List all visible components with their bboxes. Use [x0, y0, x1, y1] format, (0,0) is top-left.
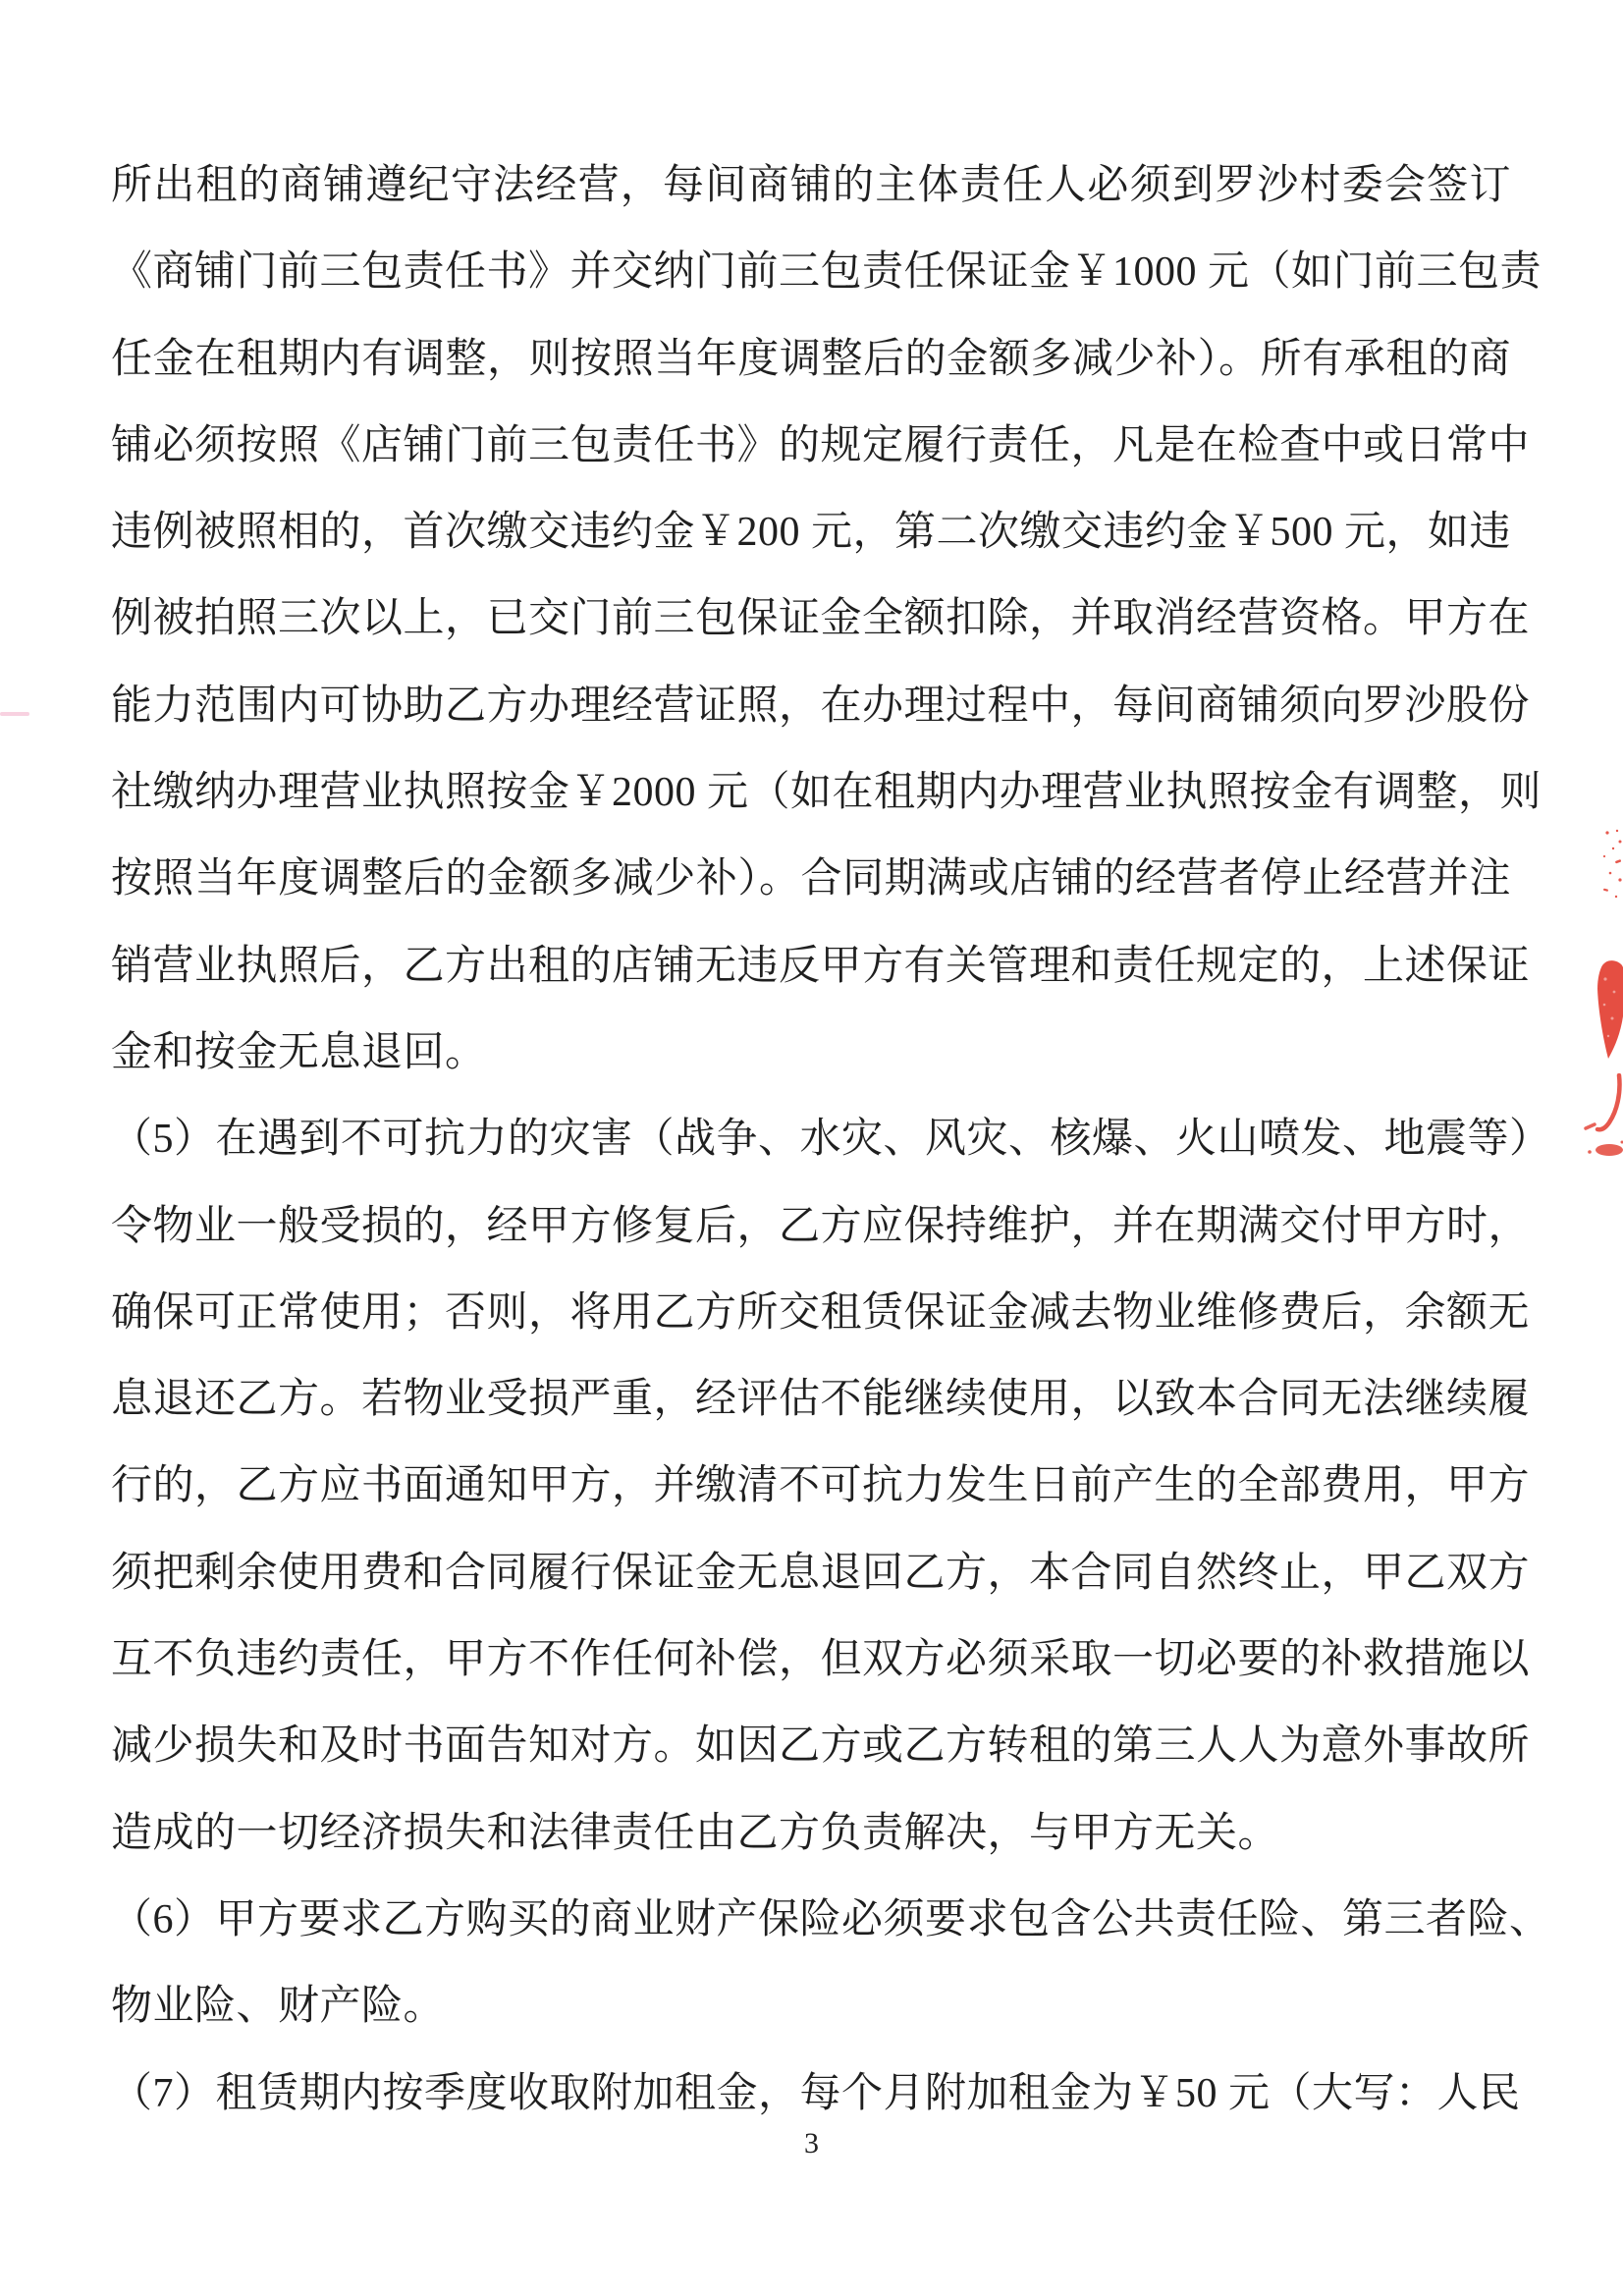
- page-number: 3: [0, 2127, 1623, 2160]
- contract-text-line: 能力范围内可协助乙方办理经营证照，在办理过程中，每间商铺须向罗沙股份: [111, 663, 1511, 749]
- contract-text-line: 所出租的商铺遵纪守法经营，每间商铺的主体责任人必须到罗沙村委会签订: [111, 142, 1511, 229]
- contract-body: 所出租的商铺遵纪守法经营，每间商铺的主体责任人必须到罗沙村委会签订 《商铺门前三…: [111, 142, 1511, 2137]
- contract-text-line: 任金在租期内有调整，则按照当年度调整后的金额多减少补）。所有承租的商: [111, 316, 1511, 403]
- contract-text-line: 例被拍照三次以上，已交门前三包保证金全额扣除，并取消经营资格。甲方在: [111, 575, 1511, 662]
- contract-text-line: 按照当年度调整后的金额多减少补）。合同期满或店铺的经营者停止经营并注: [111, 836, 1511, 922]
- contract-text-line: 减少损失和及时书面告知对方。如因乙方或乙方转租的第三人人为意外事故所: [111, 1703, 1511, 1789]
- contract-text-line: （6）甲方要求乙方购买的商业财产保险必须要求包含公共责任险、第三者险、: [111, 1877, 1511, 1963]
- seal-fragment-blob: [1596, 957, 1623, 1061]
- contract-text-line: 铺必须按照《店铺门前三包责任书》的规定履行责任，凡是在检查中或日常中: [111, 403, 1511, 489]
- contract-text-line: （5）在遇到不可抗力的灾害（战争、水灾、风灾、核爆、火山喷发、地震等）: [111, 1096, 1511, 1182]
- contract-text-line: 息退还乙方。若物业受损严重，经评估不能继续使用，以致本合同无法继续履: [111, 1356, 1511, 1443]
- contract-text-line: 金和按金无息退回。: [111, 1010, 1511, 1096]
- pink-scan-mark: [0, 712, 29, 716]
- contract-text-line: 社缴纳办理营业执照按金￥2000 元（如在租期内办理营业执照按金有调整，则: [111, 749, 1511, 836]
- contract-text-line: 互不负违约责任，甲方不作任何补偿，但双方必须采取一切必要的补救措施以: [111, 1616, 1511, 1703]
- contract-text-line: 确保可正常使用；否则，将用乙方所交租赁保证金减去物业维修费后，余额无: [111, 1270, 1511, 1356]
- document-page: 所出租的商铺遵纪守法经营，每间商铺的主体责任人必须到罗沙村委会签订 《商铺门前三…: [0, 0, 1623, 2296]
- contract-text-line: 《商铺门前三包责任书》并交纳门前三包责任保证金￥1000 元（如门前三包责: [111, 229, 1511, 315]
- seal-fragment-stroke: [1583, 1073, 1623, 1164]
- contract-text-line: 物业险、财产险。: [111, 1963, 1511, 2050]
- contract-text-line: 行的，乙方应书面通知甲方，并缴清不可抗力发生日前产生的全部费用，甲方: [111, 1443, 1511, 1529]
- contract-text-line: 令物业一般受损的，经甲方修复后，乙方应保持维护，并在期满交付甲方时，: [111, 1183, 1511, 1270]
- contract-text-line: （7）租赁期内按季度收取附加租金，每个月附加租金为￥50 元（大写：人民: [111, 2050, 1511, 2137]
- contract-text-line: 须把剩余使用费和合同履行保证金无息退回乙方，本合同自然终止，甲乙双方: [111, 1530, 1511, 1616]
- contract-text-line: 违例被照相的，首次缴交违约金￥200 元，第二次缴交违约金￥500 元，如违: [111, 489, 1511, 575]
- contract-text-line: 销营业执照后，乙方出租的店铺无违反甲方有关管理和责任规定的，上述保证: [111, 923, 1511, 1010]
- contract-text-line: 造成的一切经济损失和法律责任由乙方负责解决，与甲方无关。: [111, 1790, 1511, 1877]
- seal-fragment-specks: [1600, 828, 1623, 902]
